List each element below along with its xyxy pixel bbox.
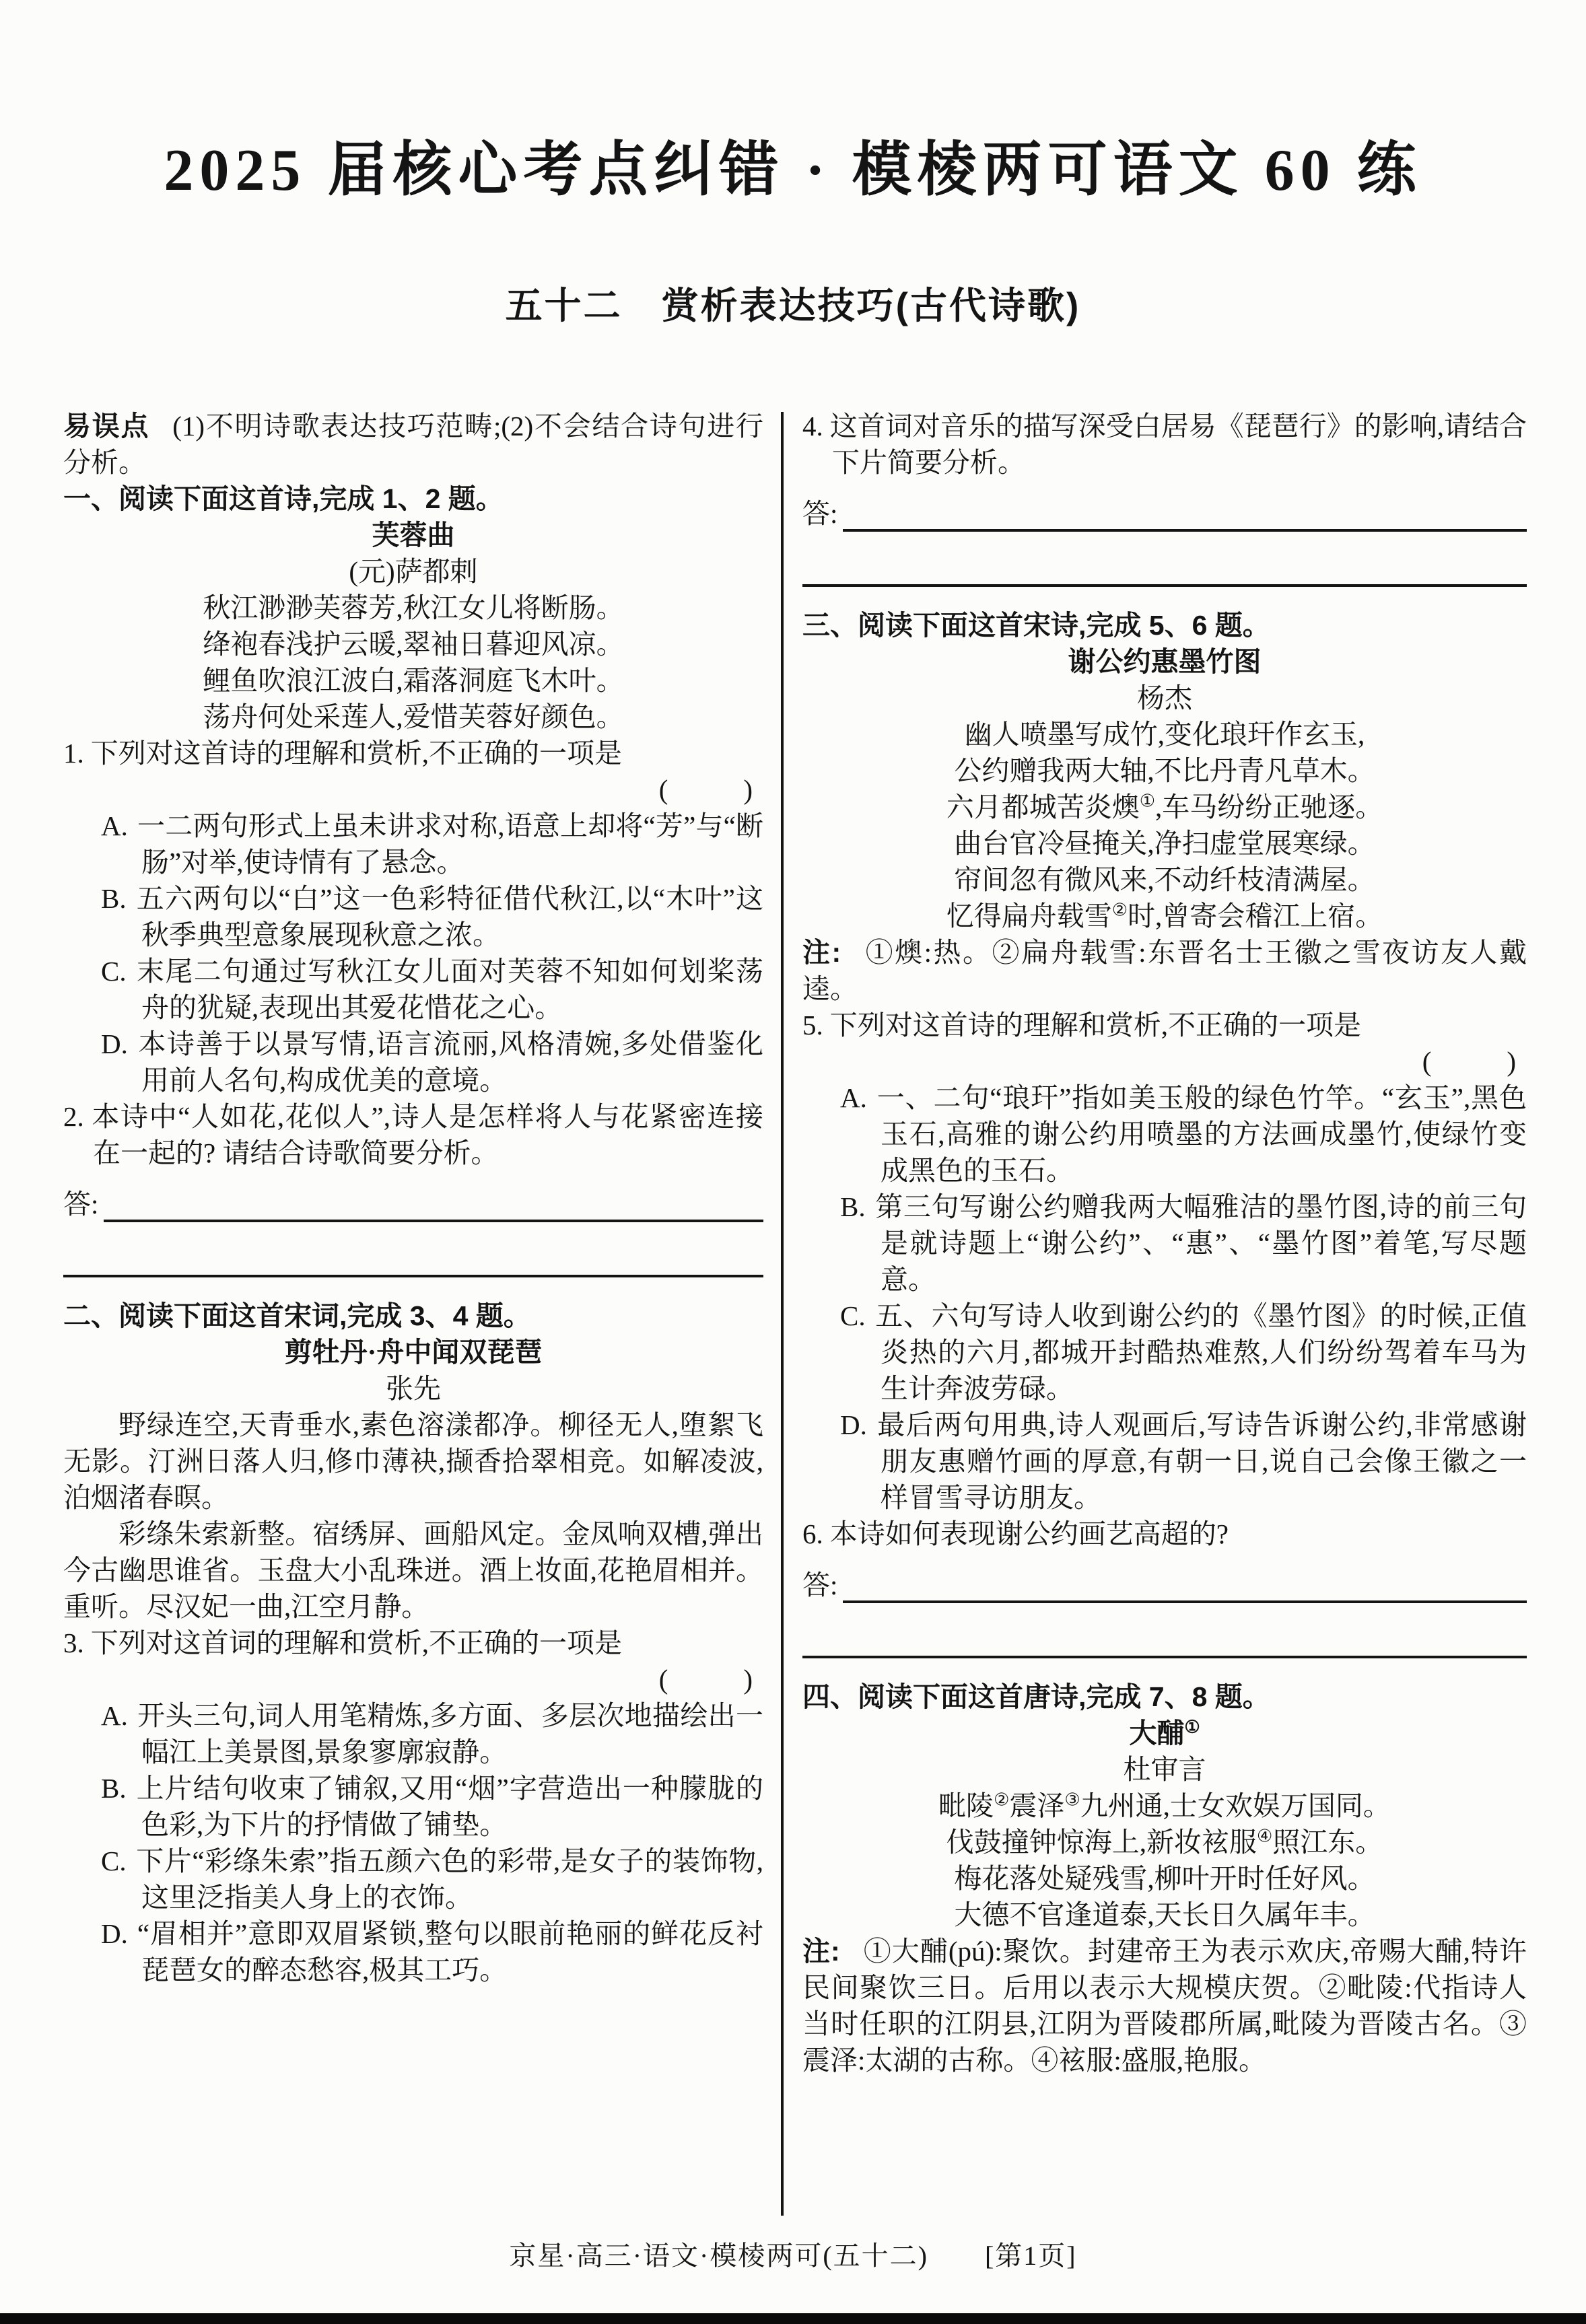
option: D.本诗善于以景写情,语言流丽,风格清婉,多处借鉴化用前人名句,构成优美的意境。 [101,1026,763,1098]
option: C.下片“彩绦朱索”指五颜六色的彩带,是女子的装饰物,这里泛指美人身上的衣饰。 [101,1843,763,1915]
answer-label: 答: [63,1186,98,1222]
item-number: 6. [802,1518,823,1549]
option: C.五、六句写诗人收到谢公约的《墨竹图》的时候,正值炎热的六月,都城开封酷热难熬… [840,1298,1527,1407]
item-number: D. [101,1028,128,1059]
column-divider [781,412,784,2216]
paragraph: 注:①大酺(pú):聚饮。封建帝王为表示欢庆,帝赐大酺,特许民间聚饮三日。后用以… [802,1933,1527,2078]
item-number: 1. [63,738,84,769]
poem-author: (元)萨都剌 [63,553,763,590]
item-number: D. [840,1409,867,1440]
question: 4.这首词对音乐的描写深受白居易《琵琶行》的影响,请结合下片简要分析。 [802,408,1527,481]
answer-line-1 [104,1186,763,1222]
option: A.开头三句,词人用笔精炼,多方面、多层次地描绘出一幅江上美景图,景象寥廓寂静。 [101,1697,763,1770]
option: B.五六两句以“白”这一色彩特征借代秋江,以“木叶”这秋季典型意象展现秋意之浓。 [101,880,763,953]
paragraph: 易误点(1)不明诗歌表达技巧范畴;(2)不会结合诗句进行分析。 [63,408,763,481]
footnote-marker: ② [1112,900,1128,919]
poem-title: 芙蓉曲 [63,517,763,553]
item-number: A. [101,1700,128,1731]
poem-line: 梅花落处疑残雪,柳叶开时任好风。 [802,1860,1527,1897]
poem-line: 荡舟何处采莲人,爱惜芙蓉好颜色。 [63,699,763,735]
poem-line: 大德不官逢道泰,天长日久属年丰。 [802,1897,1527,1933]
poem-line: 帘间忽有微风来,不动纤枝清满屋。 [802,861,1527,898]
poem-title: 谢公约惠墨竹图 [802,643,1527,680]
item-number: 2. [63,1101,84,1132]
exam-page: 2025 届核心考点纠错 · 模棱两可语文 60 练 五十二 赏析表达技巧(古代… [0,0,1586,2324]
poem-title: 剪牡丹·舟中闻双琵琶 [63,1334,763,1370]
item-number: 3. [63,1627,84,1658]
answer-blank: 答: [63,1186,763,1277]
item-number: 5. [802,1010,823,1041]
poem-line: 幽人喷墨写成竹,变化琅玕作玄玉, [802,716,1527,752]
section-header: 三、阅读下面这首宋诗,完成 5、6 题。 [802,607,1527,643]
paragraph-label: 注: [802,937,841,968]
footnote-marker: ① [1140,791,1155,810]
question: 2.本诗中“人如花,花似人”,诗人是怎样将人与花紧密连接在一起的? 请结合诗歌简… [63,1098,763,1171]
item-number: A. [101,810,128,841]
item-number: B. [840,1191,866,1222]
question: 6.本诗如何表现谢公约画艺高超的? [802,1516,1527,1552]
answer-label: 答: [802,495,837,532]
answer-blank: 答: [802,1567,1527,1658]
poem-title: 大酺① [802,1715,1527,1751]
footnote-marker: ① [1184,1717,1200,1736]
scan-edge-artifact [0,2313,1586,2324]
question: 3.下列对这首词的理解和赏析,不正确的一项是 [63,1625,763,1661]
answer-label: 答: [802,1567,837,1603]
poem-line: 伐鼓撞钟惊海上,新妆袨服④照江东。 [802,1824,1527,1860]
section-title: 五十二 赏析表达技巧(古代诗歌) [0,276,1586,329]
left-column: 易误点(1)不明诗歌表达技巧范畴;(2)不会结合诗句进行分析。一、阅读下面这首诗… [63,408,763,1988]
poem-author: 杨杰 [802,680,1527,716]
poem-author: 张先 [63,1370,763,1407]
answer-bracket: ( ) [802,1043,1527,1080]
section-header: 一、阅读下面这首诗,完成 1、2 题。 [63,481,763,517]
answer-line-2 [63,1275,763,1277]
answer-line-1 [843,1567,1527,1603]
paragraph: 注:①燠:热。②扁舟载雪:东晋名士王徽之雪夜访友人戴逵。 [802,934,1527,1007]
poem-line: 公约赠我两大轴,不比丹青凡草木。 [802,752,1527,789]
option: A.一二两句形式上虽未讲求对称,语意上却将“芳”与“断肠”对举,使诗情有了悬念。 [101,808,763,880]
question: 1.下列对这首诗的理解和赏析,不正确的一项是 [63,735,763,771]
poem-line: 鲤鱼吹浪江波白,霜落洞庭飞木叶。 [63,662,763,699]
paragraph-label: 易误点 [63,411,149,442]
answer-line-2 [802,1656,1527,1658]
footnote-marker: ③ [1064,1790,1080,1809]
footnote-marker: ④ [1257,1826,1272,1845]
option: D.最后两句用典,诗人观画后,写诗告诉谢公约,非常感谢朋友惠赠竹画的厚意,有朝一… [840,1407,1527,1516]
answer-blank: 答: [802,495,1527,587]
option: B.第三句写谢公约赠我两大幅雅洁的墨竹图,诗的前三句是就诗题上“谢公约”、“惠”… [840,1189,1527,1298]
poem-line: 秋江渺渺芙蓉芳,秋江女儿将断肠。 [63,590,763,626]
page-title: 2025 届核心考点纠错 · 模棱两可语文 60 练 [0,122,1586,207]
answer-line-2 [802,584,1527,587]
page-footer: 京星·高三·语文·模棱两可(五十二) [第1页] [0,2234,1586,2273]
item-number: D. [101,1918,128,1949]
right-column: 4.这首词对音乐的描写深受白居易《琵琶行》的影响,请结合下片简要分析。答:三、阅… [802,408,1527,2078]
option: D.“眉相并”意即双眉紧锁,整句以眼前艳丽的鲜花反衬琵琶女的醉态愁容,极其工巧。 [101,1915,763,1988]
answer-line-1 [843,495,1527,532]
section-header: 四、阅读下面这首唐诗,完成 7、8 题。 [802,1679,1527,1715]
item-number: 4. [802,411,823,442]
poem-line: 六月都城苦炎燠①,车马纷纷正驰逐。 [802,789,1527,825]
option: B.上片结句收束了铺叙,又用“烟”字营造出一种朦胧的色彩,为下片的抒情做了铺垫。 [101,1770,763,1843]
poem-author: 杜审言 [802,1751,1527,1788]
poem-line: 绛袍春浅护云暖,翠袖日暮迎风凉。 [63,626,763,662]
poem-prose: 彩绦朱索新整。宿绣屏、画船风定。金凤响双槽,弹出今古幽思谁省。玉盘大小乱珠迸。酒… [63,1516,763,1625]
paragraph-label: 注: [802,1936,840,1967]
poem-line: 忆得扁舟载雪②时,曾寄会稽江上宿。 [802,898,1527,934]
poem-line: 曲台官冷昼掩关,净扫虚堂展寒绿。 [802,825,1527,861]
footnote-marker: ② [994,1790,1009,1809]
option: A.一、二句“琅玕”指如美玉般的绿色竹竿。“玄玉”,黑色玉石,高雅的谢公约用喷墨… [840,1080,1527,1189]
item-number: C. [840,1300,866,1331]
poem-prose: 野绿连空,天青垂水,素色溶漾都净。柳径无人,堕絮飞无影。汀洲日落人归,修巾薄袂,… [63,1407,763,1516]
option: C.末尾二句通过写秋江女儿面对芙蓉不知如何划桨荡舟的犹疑,表现出其爱花惜花之心。 [101,953,763,1026]
item-number: B. [101,1773,127,1804]
poem-line: 毗陵②震泽③九州通,士女欢娱万国同。 [802,1788,1527,1824]
item-number: C. [101,956,127,987]
item-number: A. [840,1082,867,1113]
question: 5.下列对这首诗的理解和赏析,不正确的一项是 [802,1007,1527,1043]
answer-bracket: ( ) [63,771,763,808]
section-header: 二、阅读下面这首宋词,完成 3、4 题。 [63,1298,763,1334]
item-number: C. [101,1845,127,1876]
answer-bracket: ( ) [63,1661,763,1697]
item-number: B. [101,883,127,914]
